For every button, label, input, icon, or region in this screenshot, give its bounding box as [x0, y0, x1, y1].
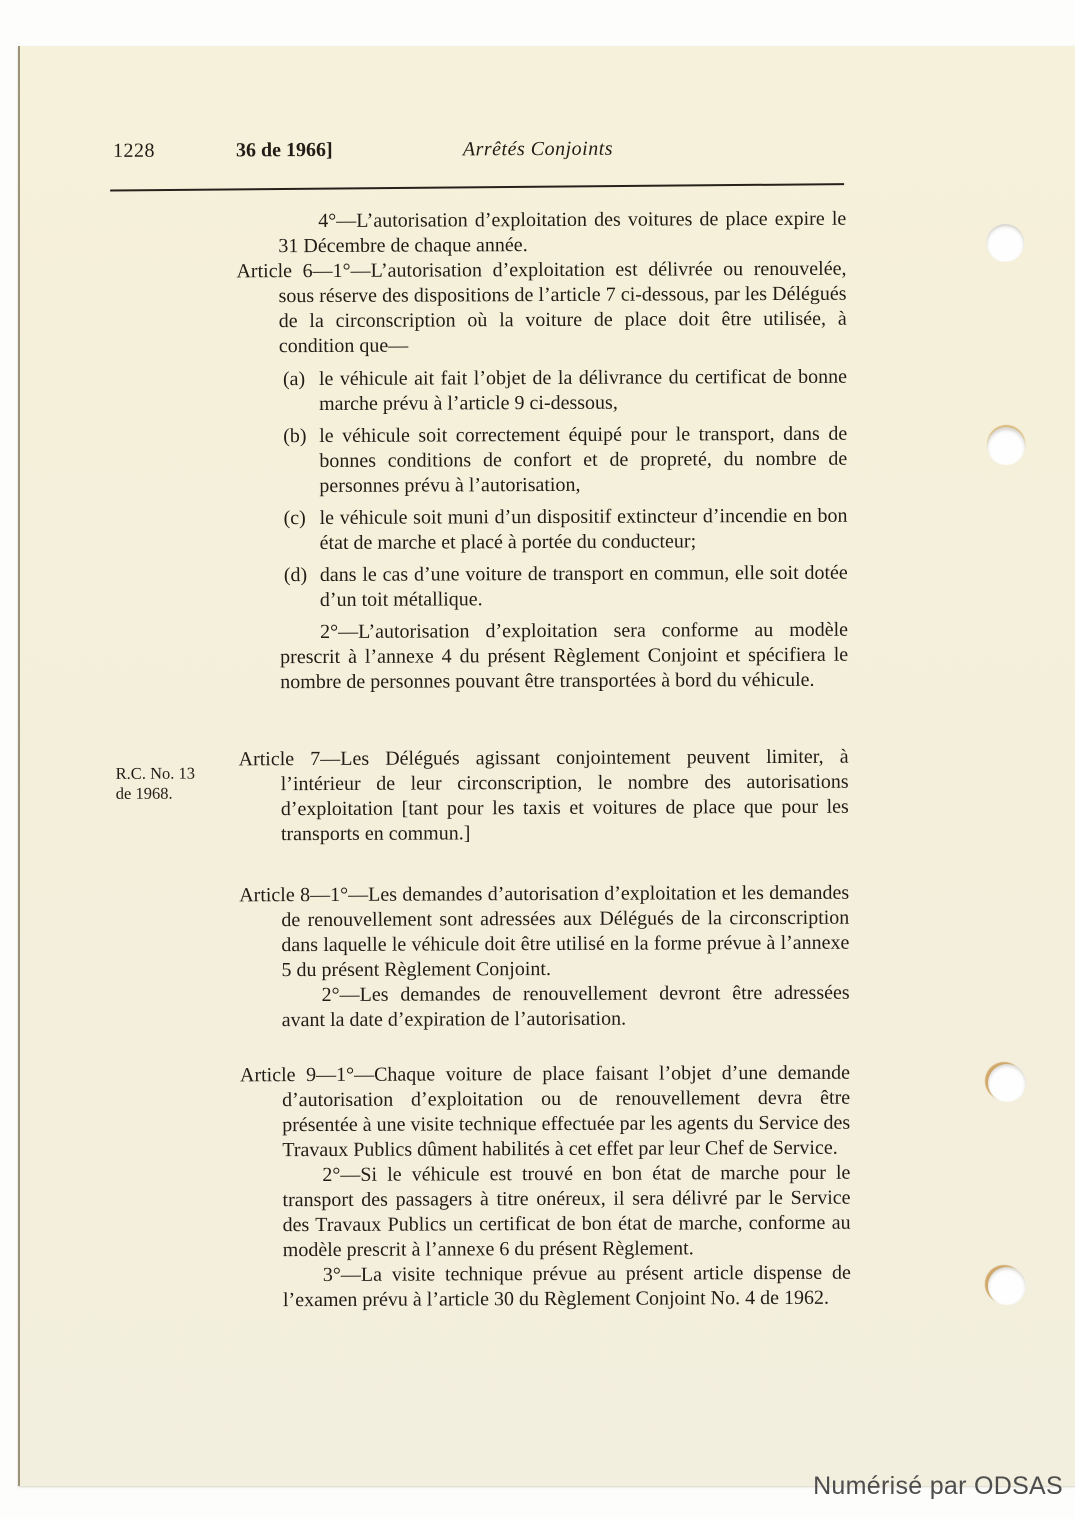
scan-watermark: Numérisé par ODSAS: [813, 1472, 1063, 1501]
item-text: le véhicule ait fait l’objet de la déliv…: [319, 365, 847, 417]
margin-note-line: R.C. No. 13: [116, 763, 228, 783]
article-6-paragraph-2: 2°—L’autorisation d’exploitation sera co…: [280, 618, 848, 695]
scanned-document-page: 1228 36 de 1966] Arrêtés Conjoints R.C. …: [0, 0, 1075, 1519]
condition-item-c: (c) le véhicule soit muni d’un dispositi…: [283, 504, 847, 556]
condition-item-d: (d) dans le cas d’une voiture de transpo…: [284, 561, 848, 613]
article-9-paragraph-3: 3°—La visite technique prévue au présent…: [283, 1261, 851, 1313]
article-7: Article 7—Les Délégués agissant conjoint…: [281, 745, 849, 847]
article-9-paragraph-2: 2°—Si le véhicule est trouvé en bon état…: [282, 1161, 850, 1263]
paragraph-4: 4°—L’autorisation d’exploitation des voi…: [278, 207, 846, 259]
article-6-intro: Article 6—1°—L’autorisation d’exploitati…: [278, 257, 846, 359]
punch-hole: [988, 1064, 1026, 1102]
item-text: dans le cas d’une voiture de transport e…: [320, 561, 848, 613]
page-content: 1228 36 de 1966] Arrêtés Conjoints R.C. …: [17, 44, 1075, 1489]
item-label: (d): [284, 563, 320, 613]
page-number: 1228: [113, 140, 155, 163]
item-label: (a): [283, 367, 319, 417]
margin-note-rc-reference: R.C. No. 13 de 1968.: [116, 763, 228, 803]
item-text: le véhicule soit correctement équipé pou…: [319, 422, 847, 499]
header-rule: [110, 183, 844, 191]
punch-hole: [987, 427, 1025, 465]
running-title: Arrêtés Conjoints: [318, 137, 758, 162]
body-text-column: 4°—L’autorisation d’exploitation des voi…: [278, 207, 851, 1313]
paper-sheet: 1228 36 de 1966] Arrêtés Conjoints R.C. …: [18, 46, 1075, 1486]
condition-item-b: (b) le véhicule soit correctement équipé…: [283, 422, 847, 499]
page-header: 1228 36 de 1966] Arrêtés Conjoints: [18, 136, 1075, 181]
article-9-paragraph-1: Article 9—1°—Chaque voiture de place fai…: [282, 1061, 850, 1163]
article-8-paragraph-1: Article 8—1°—Les demandes d’autorisation…: [281, 881, 849, 983]
margin-note-line: de 1968.: [116, 783, 228, 803]
item-label: (b): [283, 424, 319, 499]
condition-item-a: (a) le véhicule ait fait l’objet de la d…: [283, 365, 847, 417]
punch-hole: [986, 224, 1024, 262]
item-text: le véhicule soit muni d’un dispositif ex…: [319, 504, 847, 556]
item-label: (c): [283, 506, 319, 556]
punch-hole: [988, 1267, 1026, 1305]
article-6-conditions-list: (a) le véhicule ait fait l’objet de la d…: [279, 365, 848, 613]
article-8-paragraph-2: 2°—Les demandes de renouvellement devron…: [282, 981, 850, 1033]
